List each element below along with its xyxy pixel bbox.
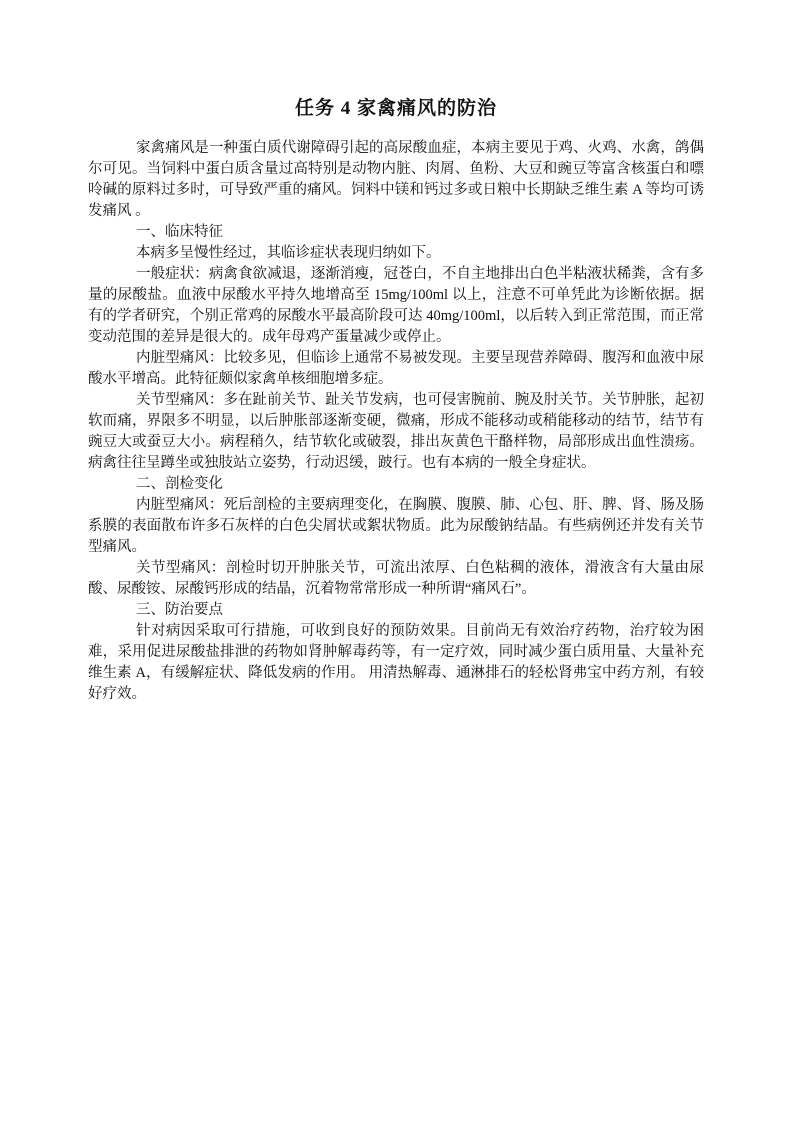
section-3-paragraph-1: 针对病因采取可行措施，可收到良好的预防效果。目前尚无有效治疗药物，治疗较为困难，… — [88, 621, 704, 705]
intro-paragraph: 家禽痛风是一种蛋白质代谢障碍引起的高尿酸血症，本病主要见于鸡、火鸡、水禽，鸽偶尔… — [88, 138, 704, 222]
section-3-heading: 三、防治要点 — [88, 600, 704, 621]
section-1-paragraph-4: 关节型痛风：多在趾前关节、趾关节发病，也可侵害腕前、腕及肘关节。关节肿胀，起初软… — [88, 390, 704, 474]
section-2-heading: 二、剖检变化 — [88, 474, 704, 495]
section-1-paragraph-3: 内脏型痛风：比较多见，但临诊上通常不易被发现。主要呈现营养障碍、腹泻和血液中尿酸… — [88, 348, 704, 390]
document-title: 任务 4 家禽痛风的防治 — [88, 96, 704, 122]
document-content: 任务 4 家禽痛风的防治 家禽痛风是一种蛋白质代谢障碍引起的高尿酸血症，本病主要… — [88, 96, 704, 705]
section-2-paragraph-1: 内脏型痛风：死后剖检的主要病理变化，在胸膜、腹膜、肺、心包、肝、脾、肾、肠及肠系… — [88, 495, 704, 558]
section-1-paragraph-1: 本病多呈慢性经过，其临诊症状表现归纳如下。 — [88, 243, 704, 264]
section-2-paragraph-2: 关节型痛风：剖检时切开肿胀关节，可流出浓厚、白色粘稠的液体，滑液含有大量由尿酸、… — [88, 558, 704, 600]
section-1-paragraph-2: 一般症状：病禽食欲减退，逐渐消瘦，冠苍白，不自主地排出白色半粘液状稀粪，含有多量… — [88, 264, 704, 348]
section-1-heading: 一、临床特征 — [88, 222, 704, 243]
document-page: 任务 4 家禽痛风的防治 家禽痛风是一种蛋白质代谢障碍引起的高尿酸血症，本病主要… — [0, 0, 793, 1122]
